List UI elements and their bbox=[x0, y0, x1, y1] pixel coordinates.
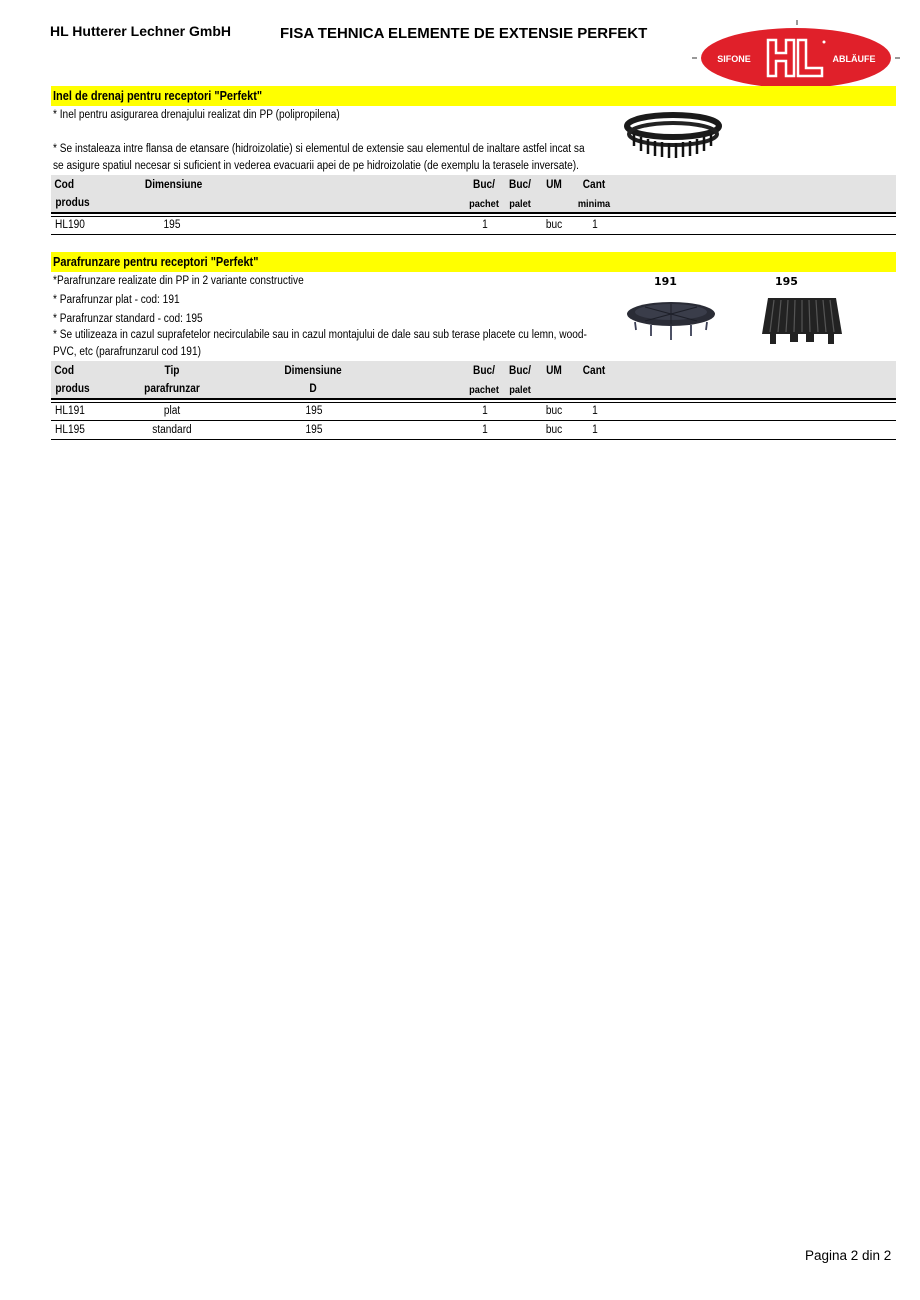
image-label-195: 195 bbox=[775, 275, 798, 288]
cell-dimensiune: 195 bbox=[304, 405, 323, 417]
cell-cod: HL190 bbox=[53, 219, 87, 231]
column-header: Buc/ bbox=[508, 365, 533, 377]
column-header: palet bbox=[508, 198, 533, 210]
svg-text:SIFONE: SIFONE bbox=[717, 54, 751, 64]
page-number: Pagina 2 din 2 bbox=[805, 1248, 891, 1263]
drainage-ring-icon bbox=[624, 112, 722, 160]
standard-leaf-guard-icon bbox=[760, 295, 844, 349]
column-header: Tip bbox=[163, 365, 180, 377]
column-header: parafrunzar bbox=[140, 383, 203, 395]
description-line: * Inel pentru asigurarea drenajului real… bbox=[53, 107, 379, 124]
column-header: UM bbox=[545, 365, 563, 377]
cell-tip: plat bbox=[163, 405, 182, 417]
column-header: pachet bbox=[467, 384, 501, 396]
cell-buc-pachet: 1 bbox=[482, 424, 488, 436]
column-header: minima bbox=[576, 198, 613, 210]
column-header: Buc/ bbox=[508, 179, 533, 191]
company-name: HL Hutterer Lechner GmbH bbox=[50, 23, 231, 39]
column-header: Cant bbox=[581, 179, 607, 191]
header-divider bbox=[51, 212, 896, 217]
column-header: Buc/ bbox=[472, 365, 497, 377]
cell-um: buc bbox=[545, 405, 564, 417]
document-title: FISA TEHNICA ELEMENTE DE EXTENSIE PERFEK… bbox=[280, 25, 647, 42]
column-header: produs bbox=[53, 383, 92, 395]
column-header: Dimensiune bbox=[280, 365, 345, 377]
column-header: Cod bbox=[53, 179, 75, 191]
description-line: * Parafrunzar plat - cod: 191 bbox=[53, 292, 197, 309]
section-title-leaf-guards: Parafrunzare pentru receptori "Perfekt" bbox=[51, 252, 896, 272]
column-header: Buc/ bbox=[472, 179, 497, 191]
column-header: Cod bbox=[53, 365, 75, 377]
column-header: UM bbox=[545, 179, 563, 191]
cell-cod: HL191 bbox=[53, 405, 87, 417]
header-divider bbox=[51, 398, 896, 403]
row-divider bbox=[51, 234, 896, 235]
description-line: * Parafrunzar standard - cod: 195 bbox=[53, 311, 223, 328]
hl-logo-icon: SIFONE ABLÄUFE bbox=[692, 20, 902, 88]
cell-dimensiune: 195 bbox=[304, 424, 323, 436]
cell-buc-pachet: 1 bbox=[482, 405, 488, 417]
cell-cant: 1 bbox=[592, 424, 598, 436]
description-line: PVC, etc (parafrunzarul cod 191) bbox=[53, 344, 221, 361]
column-header: pachet bbox=[467, 198, 501, 210]
cell-cant: 1 bbox=[592, 219, 598, 231]
section-title-drainage-ring: Inel de drenaj pentru receptori "Perfekt… bbox=[51, 86, 896, 106]
column-header: Dimensiune bbox=[141, 179, 206, 191]
description-line: se asigure spatiul necesar si suficient … bbox=[53, 158, 651, 175]
cell-um: buc bbox=[545, 219, 564, 231]
column-header: produs bbox=[53, 197, 92, 209]
description-line: * Se instaleaza intre flansa de etansare… bbox=[53, 141, 657, 158]
cell-tip: standard bbox=[150, 424, 195, 436]
column-header: palet bbox=[508, 384, 533, 396]
cell-dimensiune: 195 bbox=[162, 219, 181, 231]
row-divider bbox=[51, 420, 896, 421]
row-divider bbox=[51, 439, 896, 440]
cell-um: buc bbox=[545, 424, 564, 436]
cell-buc-pachet: 1 bbox=[482, 219, 488, 231]
image-label-191: 191 bbox=[654, 275, 677, 288]
description-line: * Se utilizeaza in cazul suprafetelor ne… bbox=[53, 327, 660, 344]
description-line: *Parafrunzare realizate din PP in 2 vari… bbox=[53, 273, 338, 290]
column-header: D bbox=[309, 383, 317, 395]
cell-cant: 1 bbox=[592, 405, 598, 417]
cell-cod: HL195 bbox=[53, 424, 87, 436]
svg-text:ABLÄUFE: ABLÄUFE bbox=[833, 54, 876, 64]
flat-leaf-guard-icon bbox=[625, 298, 717, 342]
column-header: Cant bbox=[581, 365, 607, 377]
